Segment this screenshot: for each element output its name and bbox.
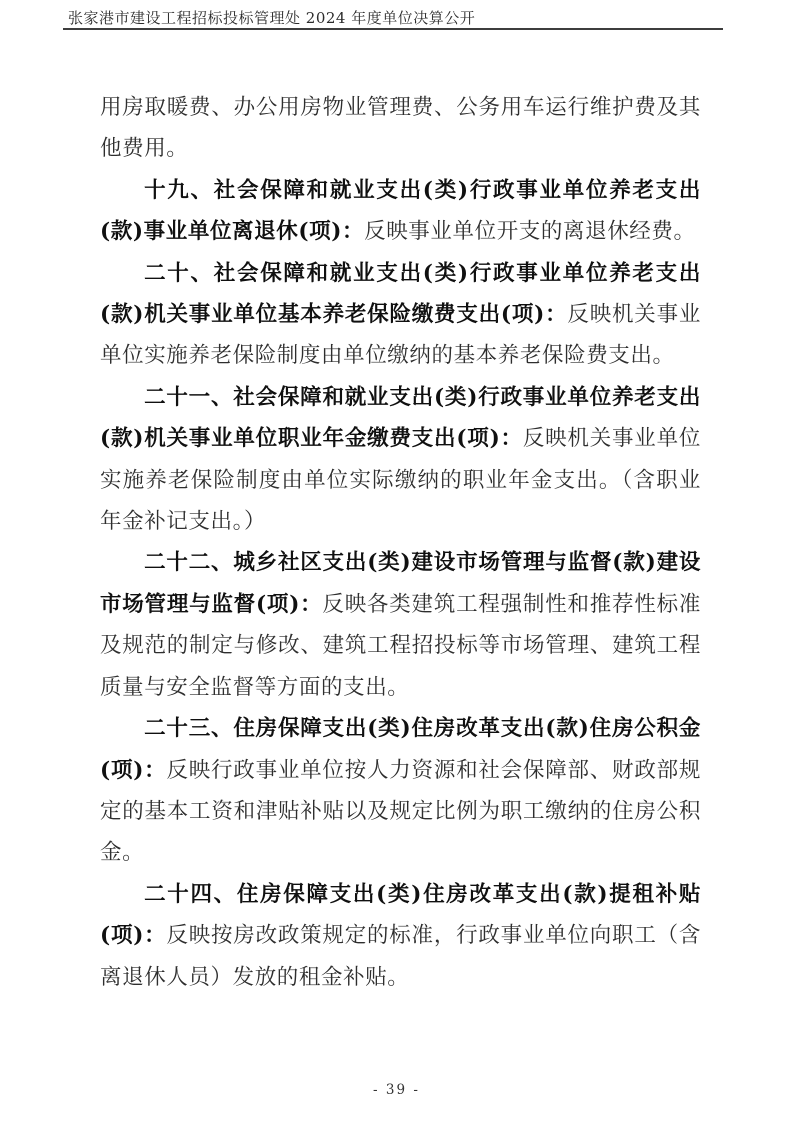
paragraph-text: 用房取暖费、办公用房物业管理费、公务用车运行维护费及其他费用。 bbox=[100, 95, 701, 161]
paragraph: 二十一、社会保障和就业支出(类)行政事业单位养老支出(款)机关事业单位职业年金缴… bbox=[100, 377, 701, 543]
document-page: 张家港市建设工程招标投标管理处 2024 年度单位决算公开 用房取暖费、办公用房… bbox=[0, 0, 793, 1122]
paragraph: 用房取暖费、办公用房物业管理费、公务用车运行维护费及其他费用。 bbox=[100, 87, 701, 170]
paragraph: 二十四、住房保障支出(类)住房改革支出(款)提租补贴(项)：反映按房改政策规定的… bbox=[100, 874, 701, 998]
paragraph-text: 反映事业单位开支的离退休经费。 bbox=[364, 219, 696, 244]
paragraph: 十九、社会保障和就业支出(类)行政事业单位养老支出(款)事业单位离退休(项)：反… bbox=[100, 170, 701, 253]
document-body: 用房取暖费、办公用房物业管理费、公务用车运行维护费及其他费用。十九、社会保障和就… bbox=[100, 87, 701, 998]
paragraph-text: 反映按房改政策规定的标准，行政事业单位向职工（含离退休人员）发放的租金补贴。 bbox=[100, 923, 701, 989]
paragraph: 二十三、住房保障支出(类)住房改革支出(款)住房公积金(项)：反映行政事业单位按… bbox=[100, 708, 701, 874]
page-number: - 39 - bbox=[0, 1082, 793, 1098]
paragraph: 二十、社会保障和就业支出(类)行政事业单位养老支出(款)机关事业单位基本养老保险… bbox=[100, 253, 701, 377]
running-header-title: 张家港市建设工程招标投标管理处 2024 年度单位决算公开 bbox=[68, 9, 733, 27]
header-divider bbox=[63, 28, 723, 30]
paragraph: 二十二、城乡社区支出(类)建设市场管理与监督(款)建设市场管理与监督(项)：反映… bbox=[100, 542, 701, 708]
paragraph-text: 反映行政事业单位按人力资源和社会保障部、财政部规定的基本工资和津贴补贴以及规定比… bbox=[100, 758, 701, 866]
